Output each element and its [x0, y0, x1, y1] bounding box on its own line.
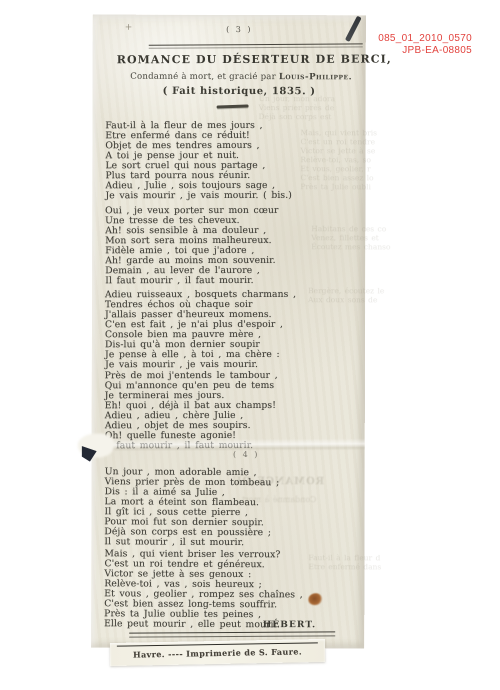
ornament-divider — [217, 104, 249, 108]
bleedthrough-line: Viens prier près de — [259, 103, 335, 112]
printer-imprint: Havre. ---- Imprimerie de S. Faure. — [110, 646, 325, 660]
poem-line: Je vais mourir , je vais mourir. ( bis.) — [105, 191, 357, 201]
catalog-number-line1: 085_01_2010_0570 — [378, 33, 472, 45]
poem-line: Elle peut mourir , elle peut mourir. — [104, 619, 356, 631]
catalog-number: 085_01_2010_0570 JPB-EA-08805 — [378, 33, 472, 56]
subtitle-text: Condamné à mort, et gracié par — [130, 72, 279, 82]
stanza-1: Faut-il à la fleur de mes jours ,Etre en… — [105, 121, 357, 201]
bleedthrough-text: Un jour, mon adoraViens prier près deDéj… — [259, 94, 335, 121]
page-number-3: ( 3 ) — [93, 25, 366, 35]
stanza-3: Adieu ruisseaux , bosquets charmans ,Ten… — [105, 290, 357, 370]
poem-line: Il sut mourir , il sut mourir. — [104, 537, 356, 549]
footer-rule — [129, 631, 335, 637]
scanned-document-page: { "catalog_label": { "line1": "085_01_20… — [0, 0, 500, 690]
stanza-5: Un jour , mon adorable amie ,Viens prier… — [104, 467, 356, 549]
song-title: ROMANCE DU DÉSERTEUR DE BERCI, — [93, 53, 366, 67]
author-signature: HÉBERT. — [263, 620, 317, 630]
page-number-4: ( 4 ) — [92, 450, 365, 460]
poem-line: Il faut mourir , il faut mourir. — [105, 276, 357, 286]
stanza-6: Mais , qui vient briser les verroux?C'es… — [104, 549, 356, 631]
scanned-paper: + Un jour, mon adoraViens prier près deD… — [91, 15, 366, 649]
header-rule — [149, 43, 363, 48]
stanza-2: Oui , je veux porter sur mon cœurUne tre… — [105, 206, 357, 286]
imprint-strip: Havre. ---- Imprimerie de S. Faure. — [110, 639, 325, 666]
poem-line: Je vais mourir , je vais mourir. — [105, 360, 357, 370]
subtitle-dedication: Condamné à mort, et gracié par Louis-Phi… — [93, 72, 366, 83]
rust-stain — [308, 593, 322, 605]
king-name: Louis-Philippe. — [279, 72, 352, 82]
historic-note: ( Fait historique, 1835. ) — [93, 86, 366, 98]
catalog-number-line2: JPB-EA-08805 — [378, 45, 472, 57]
